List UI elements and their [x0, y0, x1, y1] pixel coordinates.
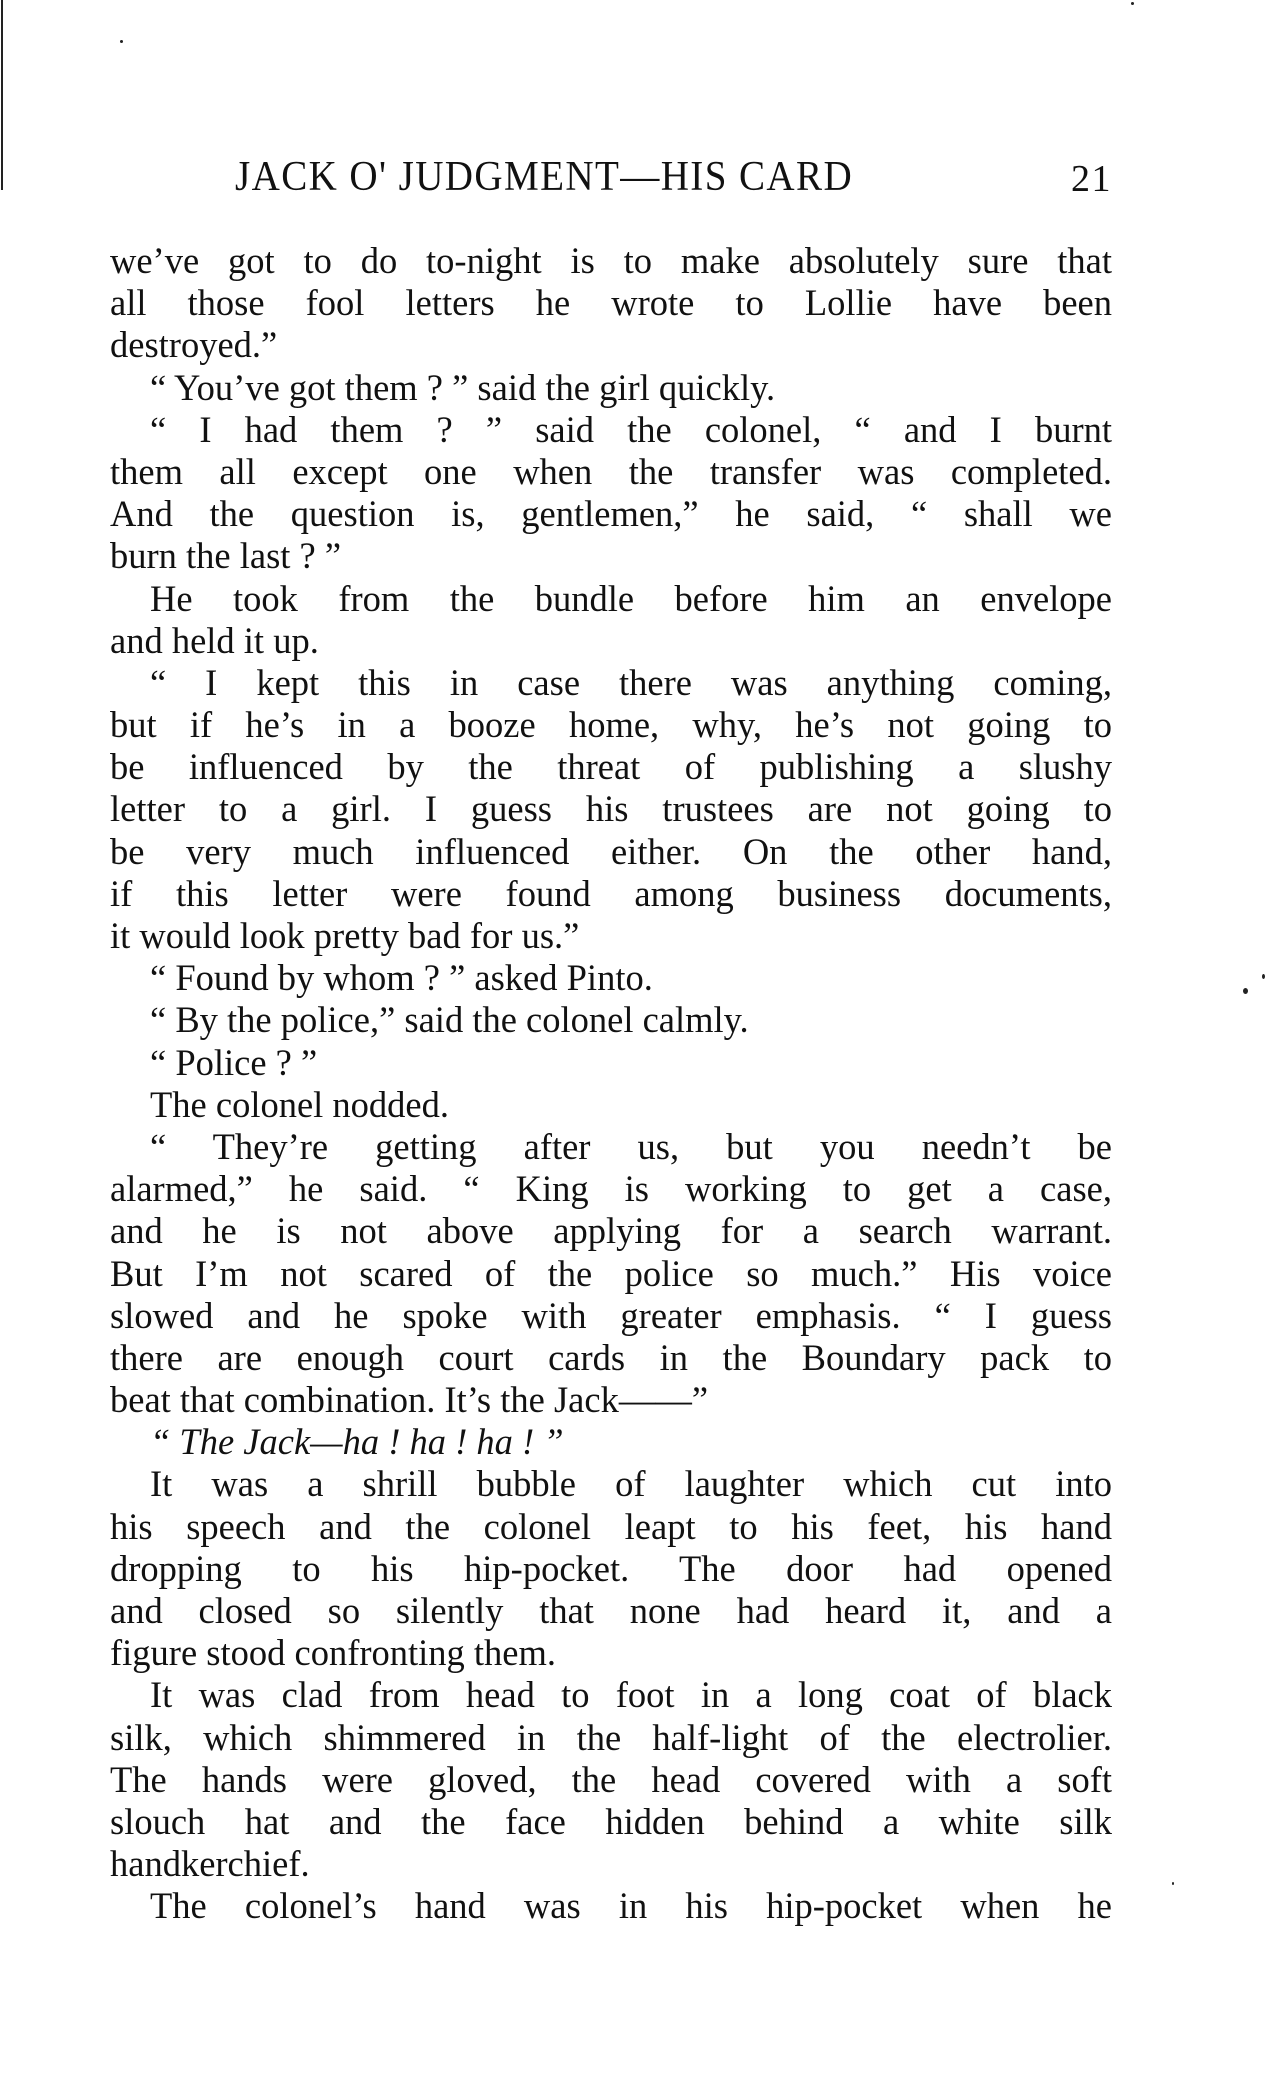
- chapter-title: JACK O' JUDGMENT—HIS CARD: [235, 152, 853, 202]
- text-line: He took from the bundle before him an en…: [110, 578, 1112, 620]
- text-line: alarmed,” he said. “ King is working to …: [110, 1168, 1112, 1210]
- text-line: It was clad from head to foot in a long …: [110, 1674, 1112, 1716]
- text-line: slouch hat and the face hidden behind a …: [110, 1801, 1112, 1843]
- text-line: beat that combination. It’s the Jack——”: [110, 1379, 1112, 1421]
- book-page: JACK O' JUDGMENT—HIS CARD 21 we’ve got t…: [0, 0, 1284, 2079]
- text-line: be influenced by the threat of publishin…: [110, 746, 1112, 788]
- text-line: But I’m not scared of the police so much…: [110, 1253, 1112, 1295]
- text-line: if this letter were found among business…: [110, 873, 1112, 915]
- text-line: destroyed.”: [110, 324, 1112, 366]
- text-line: letter to a girl. I guess his trustees a…: [110, 788, 1112, 830]
- text-line: silk, which shimmered in the half-light …: [110, 1717, 1112, 1759]
- scan-speck: [120, 40, 123, 43]
- text-line: and closed so silently that none had hea…: [110, 1590, 1112, 1632]
- text-line: “ The Jack—ha ! ha ! ha ! ”: [110, 1421, 1112, 1463]
- text-line: be very much influenced either. On the o…: [110, 831, 1112, 873]
- text-line: and held it up.: [110, 620, 1112, 662]
- scan-speck: [1172, 1882, 1174, 1885]
- text-line: we’ve got to do to-night is to make abso…: [110, 240, 1112, 282]
- text-line: handkerchief.: [110, 1843, 1112, 1885]
- scan-speck: [1131, 2, 1134, 5]
- text-line: And the question is, gentlemen,” he said…: [110, 493, 1112, 535]
- text-line: It was a shrill bubble of laughter which…: [110, 1463, 1112, 1505]
- text-line: all those fool letters he wrote to Lolli…: [110, 282, 1112, 324]
- page-number: 21: [1071, 154, 1112, 204]
- text-line: dropping to his hip-pocket. The door had…: [110, 1548, 1112, 1590]
- text-line: and he is not above applying for a searc…: [110, 1210, 1112, 1252]
- text-line: it would look pretty bad for us.”: [110, 915, 1112, 957]
- text-line: there are enough court cards in the Boun…: [110, 1337, 1112, 1379]
- text-line: “ You’ve got them ? ” said the girl quic…: [110, 367, 1112, 409]
- text-line: “ I kept this in case there was anything…: [110, 662, 1112, 704]
- text-line: but if he’s in a booze home, why, he’s n…: [110, 704, 1112, 746]
- text-line: “ They’re getting after us, but you need…: [110, 1126, 1112, 1168]
- text-line: burn the last ? ”: [110, 535, 1112, 577]
- text-line: The colonel’s hand was in his hip-pocket…: [110, 1885, 1112, 1927]
- text-line: his speech and the colonel leapt to his …: [110, 1506, 1112, 1548]
- text-line: slowed and he spoke with greater emphasi…: [110, 1295, 1112, 1337]
- text-line: “ Found by whom ? ” asked Pinto.: [110, 957, 1112, 999]
- scan-speck: [1243, 988, 1248, 994]
- text-line: “ I had them ? ” said the colonel, “ and…: [110, 409, 1112, 451]
- text-line: The colonel nodded.: [110, 1084, 1112, 1126]
- text-line: figure stood confronting them.: [110, 1632, 1112, 1674]
- body-text: we’ve got to do to-night is to make abso…: [110, 240, 1112, 1928]
- text-line: The hands were gloved, the head covered …: [110, 1759, 1112, 1801]
- text-line: them all except one when the transfer wa…: [110, 451, 1112, 493]
- scan-edge-line: [1, 0, 3, 190]
- text-line: “ By the police,” said the colonel calml…: [110, 999, 1112, 1041]
- running-header: JACK O' JUDGMENT—HIS CARD 21: [110, 152, 1112, 202]
- text-line: “ Police ? ”: [110, 1042, 1112, 1084]
- scan-speck: [1262, 974, 1265, 979]
